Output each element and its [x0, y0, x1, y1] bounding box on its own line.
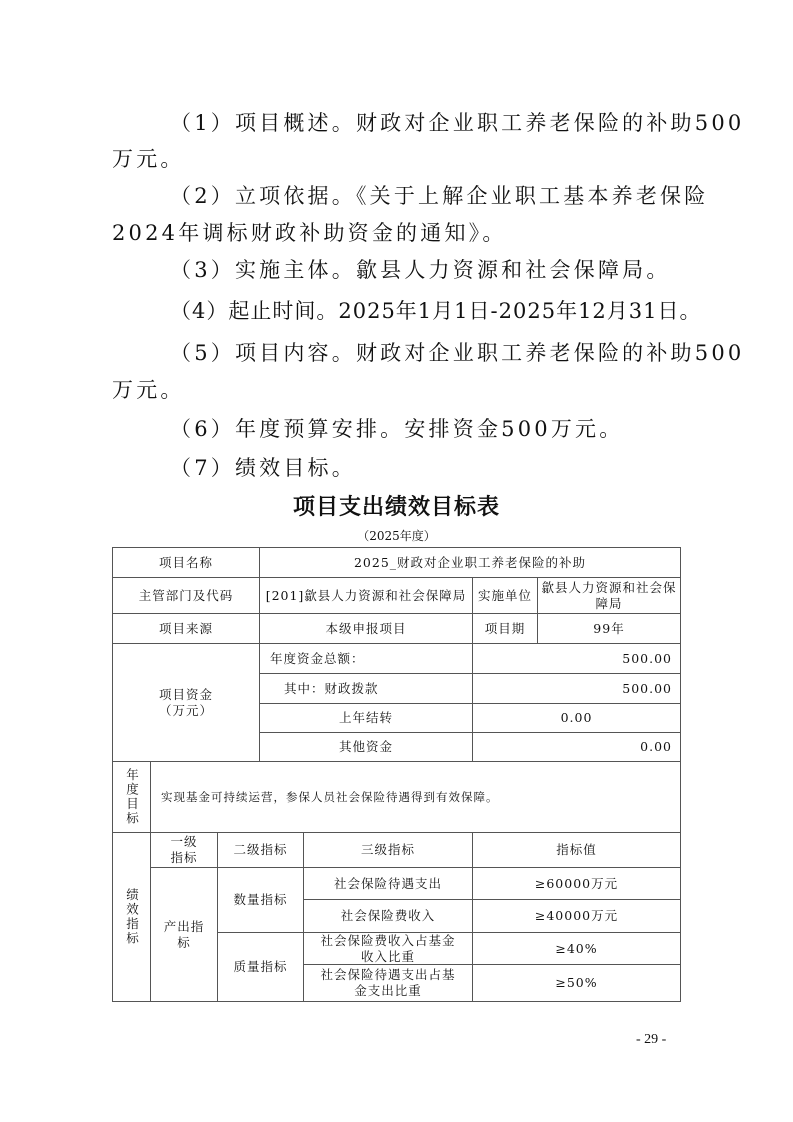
perf-label: 绩效指标 [113, 833, 151, 1001]
paragraph-5-cont: 万元。 [112, 377, 185, 403]
source-label: 项目来源 [113, 614, 260, 644]
indicator-2-name: 社会保险费收入 [304, 900, 473, 933]
paragraph-6: （6）年度预算安排。安排资金500万元。 [170, 416, 623, 442]
impl-unit-value: 歙县人力资源和社会保障局 [538, 578, 680, 614]
indicator-4-name: 社会保险待遇支出占基金支出比重 [304, 965, 473, 1001]
indicator-3-value: ≥40% [473, 933, 680, 965]
paragraph-2: （2）立项依据。《关于上解企业职工基本养老保险 [170, 183, 708, 209]
dept-label: 主管部门及代码 [113, 578, 260, 614]
funds-other-value: 0.00 [473, 733, 680, 762]
funds-other-label: 其他资金 [260, 733, 473, 762]
funds-total-value: 500.00 [473, 644, 680, 674]
paragraph-4: （4）起止时间。2025年1月1日-2025年12月31日。 [170, 298, 702, 324]
period-value: 99年 [538, 614, 680, 644]
perf-header-level3: 三级指标 [304, 833, 473, 868]
annual-goal-label: 年度目标 [113, 762, 151, 833]
paragraph-7: （7）绩效目标。 [170, 455, 356, 481]
level2-quality: 质量指标 [218, 933, 304, 1001]
annual-goal-value: 实现基金可持续运营，参保人员社会保险待遇得到有效保障。 [151, 762, 680, 833]
indicator-1-value: ≥60000万元 [473, 868, 680, 900]
performance-target-table: 项目名称 2025_财政对企业职工养老保险的补助 主管部门及代码 [201]歙县… [112, 547, 681, 1002]
indicator-3-name: 社会保险费收入占基金收入比重 [304, 933, 473, 965]
paragraph-2-cont: 2024年调标财政补助资金的通知》。 [112, 220, 507, 246]
table-subtitle: （2025年度） [0, 527, 793, 544]
paragraph-3: （3）实施主体。歙县人力资源和社会保障局。 [170, 257, 671, 283]
funds-fiscal-value: 500.00 [473, 674, 680, 704]
perf-header-value: 指标值 [473, 833, 680, 868]
perf-header-level2: 二级指标 [218, 833, 304, 868]
paragraph-5: （5）项目内容。财政对企业职工养老保险的补助500 [170, 340, 744, 366]
project-name-label: 项目名称 [113, 548, 260, 578]
table-title: 项目支出绩效目标表 [0, 490, 793, 521]
dept-value: [201]歙县人力资源和社会保障局 [260, 578, 473, 614]
period-label: 项目期 [473, 614, 538, 644]
source-value: 本级申报项目 [260, 614, 473, 644]
funds-label: 项目资金 （万元） [113, 644, 260, 762]
funds-carryover-value: 0.00 [473, 704, 680, 733]
paragraph-1: （1）项目概述。财政对企业职工养老保险的补助500 [170, 110, 744, 136]
page-number: - 29 - [636, 1032, 666, 1048]
level1-output: 产出指标 [151, 868, 218, 1001]
indicator-4-value: ≥50% [473, 965, 680, 1001]
indicator-2-value: ≥40000万元 [473, 900, 680, 933]
perf-label-text: 绩效指标 [124, 888, 140, 946]
impl-unit-label: 实施单位 [473, 578, 538, 614]
project-name-value: 2025_财政对企业职工养老保险的补助 [260, 548, 680, 578]
paragraph-1-cont: 万元。 [112, 146, 185, 172]
perf-header-level1: 一级指标 [151, 833, 218, 868]
funds-carryover-label: 上年结转 [260, 704, 473, 733]
funds-fiscal-label: 其中：财政拨款 [260, 674, 473, 704]
annual-goal-label-text: 年度目标 [124, 768, 140, 826]
level2-quantity: 数量指标 [218, 868, 304, 933]
funds-total-label: 年度资金总额： [260, 644, 473, 674]
indicator-1-name: 社会保险待遇支出 [304, 868, 473, 900]
